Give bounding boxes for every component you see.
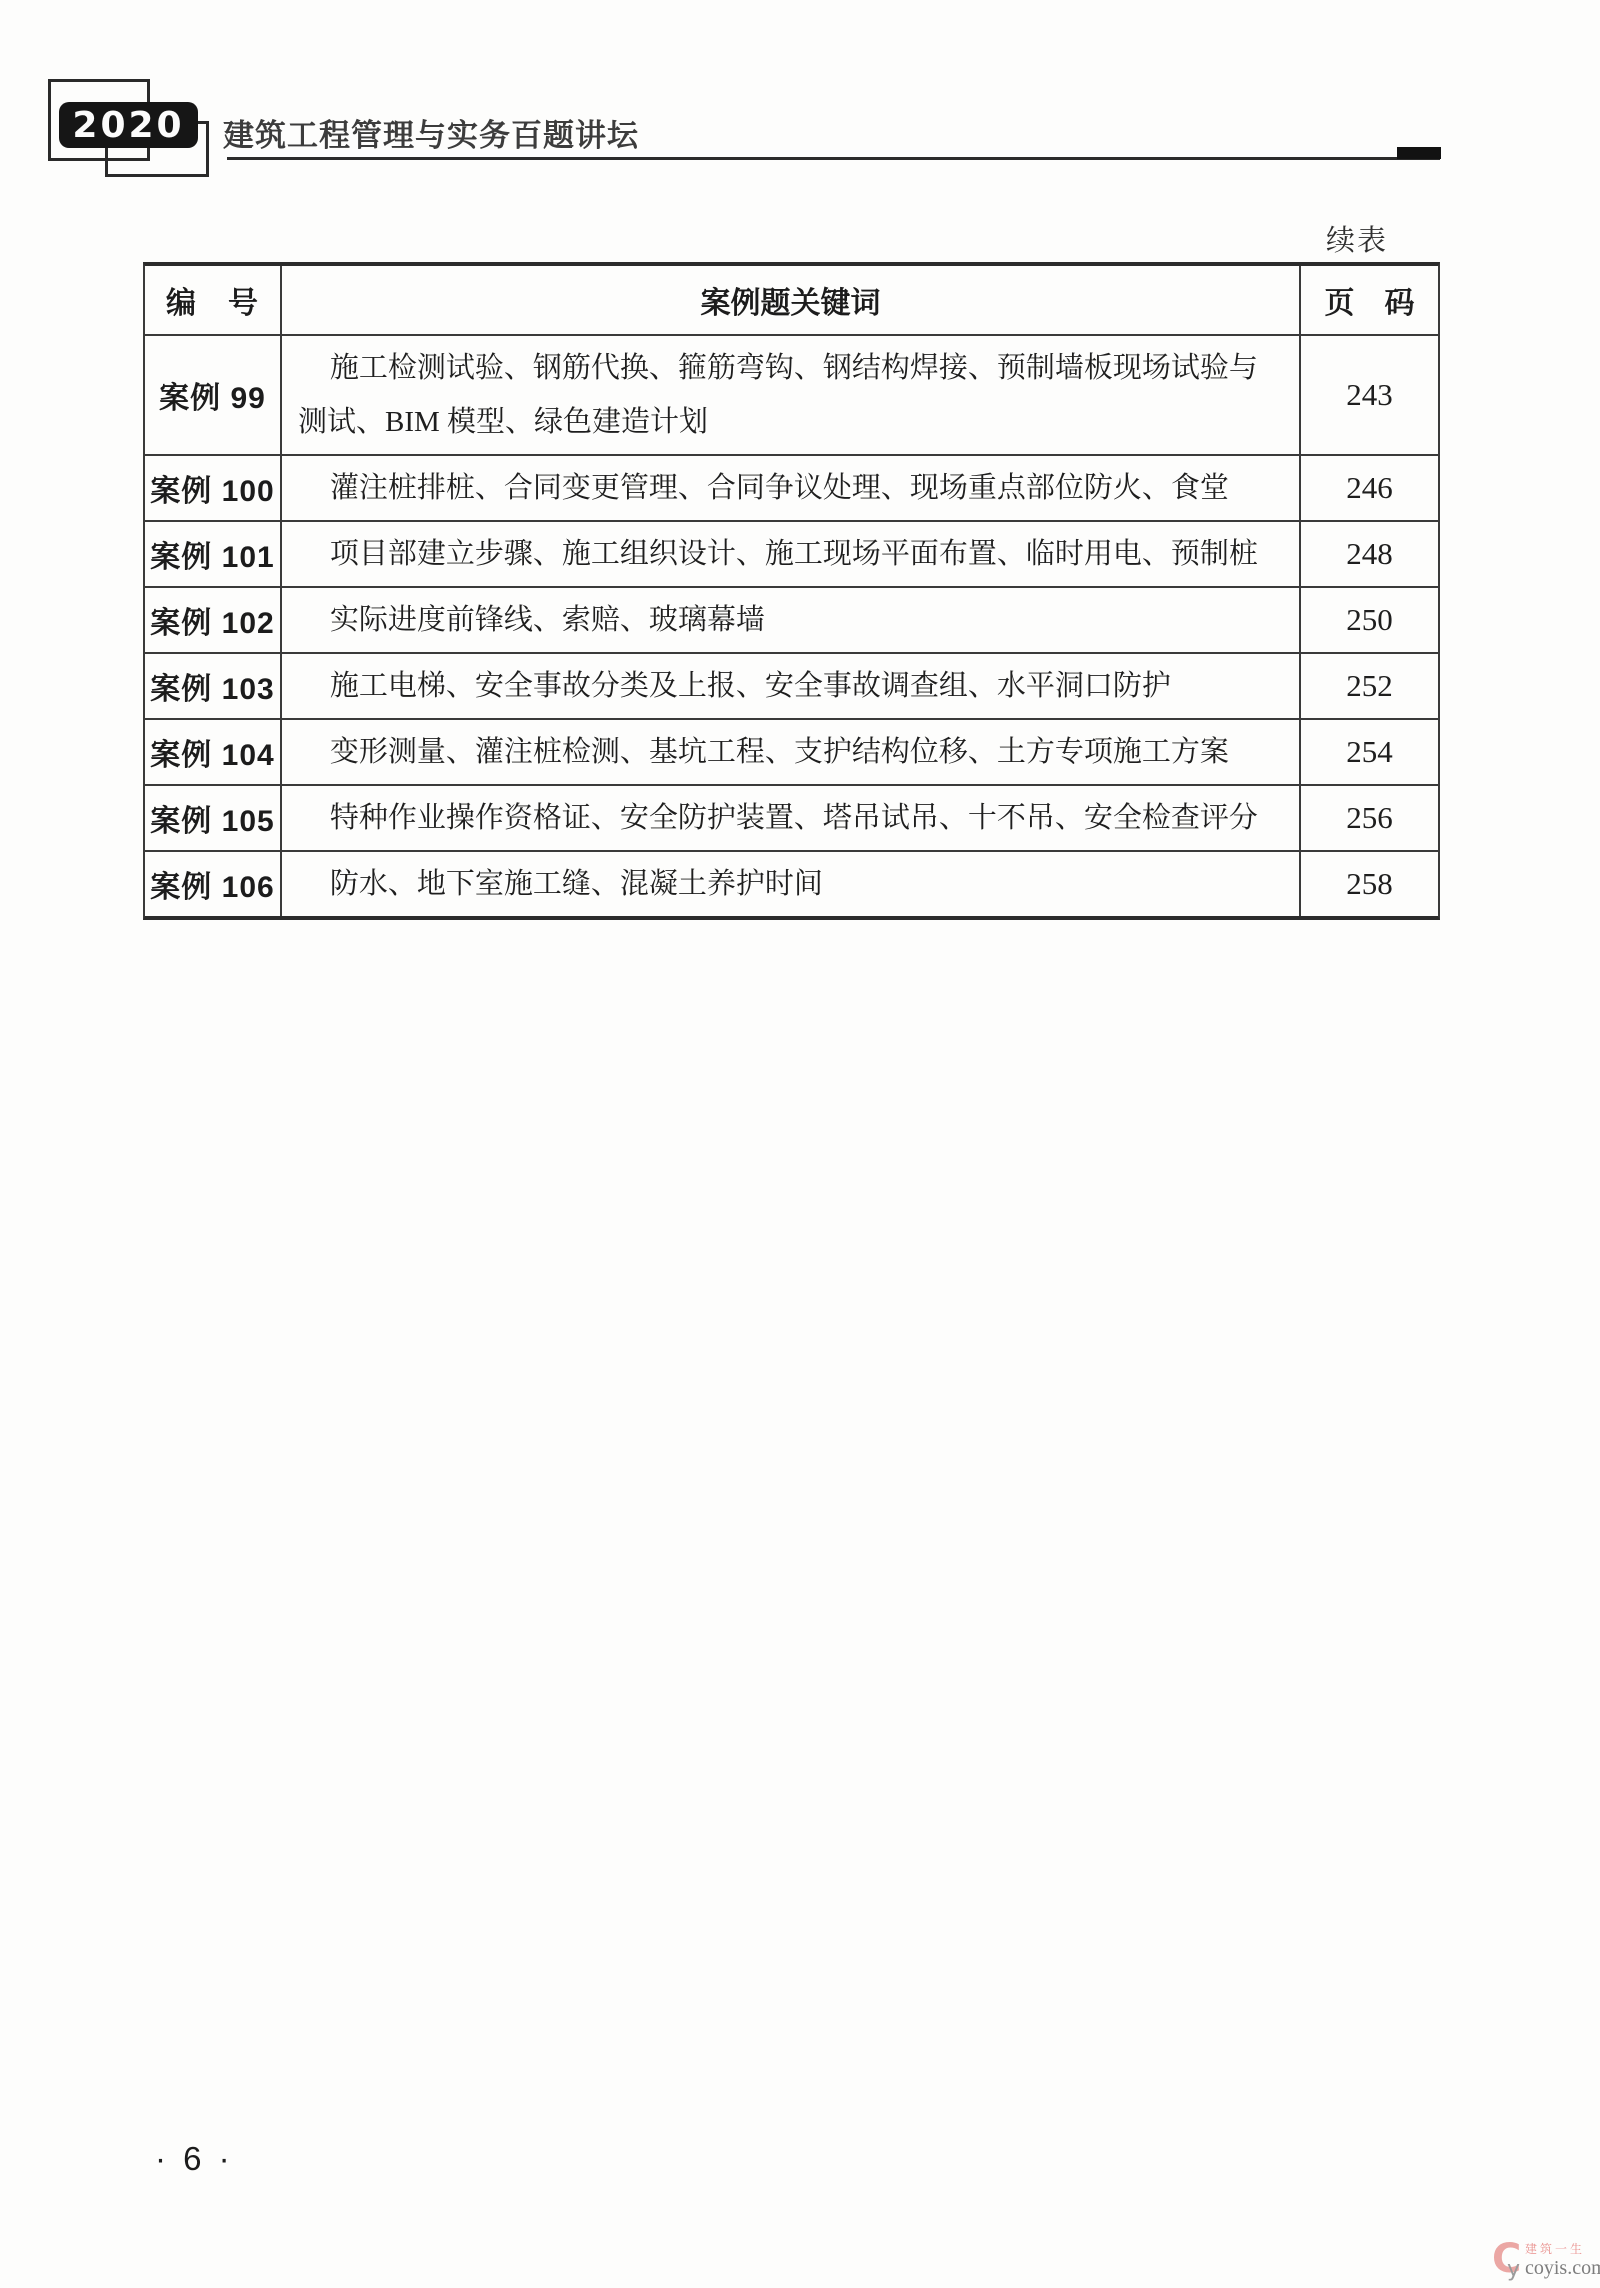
watermark-brand: 建筑一生 — [1525, 2240, 1600, 2257]
table-row: 案例 102 实际进度前锋线、索赔、玻璃幕墙 250 — [145, 586, 1438, 652]
continued-table-note: 续表 — [1326, 218, 1388, 259]
case-keywords-cell: 施工电梯、安全事故分类及上报、安全事故调查组、水平洞口防护 — [282, 654, 1301, 718]
table-row: 案例 101 项目部建立步骤、施工组织设计、施工现场平面布置、临时用电、预制桩 … — [145, 520, 1438, 586]
case-id: 案例 106 — [145, 852, 282, 916]
case-id: 案例 103 — [145, 654, 282, 718]
site-watermark: C y 建筑一生 coyis.com — [1492, 2239, 1596, 2285]
case-keywords-cell: 项目部建立步骤、施工组织设计、施工现场平面布置、临时用电、预制桩 — [282, 522, 1301, 586]
case-id: 案例 105 — [145, 786, 282, 850]
case-keywords-cell: 变形测量、灌注桩检测、基坑工程、支护结构位移、土方专项施工方案 — [282, 720, 1301, 784]
table-row: 案例 106 防水、地下室施工缝、混凝土养护时间 258 — [145, 850, 1438, 916]
header-rule-end-tab — [1397, 147, 1441, 159]
table-row: 案例 105 特种作业操作资格证、安全防护装置、塔吊试吊、十不吊、安全检查评分 … — [145, 784, 1438, 850]
case-keywords: 实际进度前锋线、索赔、玻璃幕墙 — [298, 593, 1283, 647]
case-keywords: 灌注桩排桩、合同变更管理、合同争议处理、现场重点部位防火、食堂 — [298, 461, 1283, 515]
case-id: 案例 99 — [145, 336, 282, 454]
case-keywords-cell: 施工检测试验、钢筋代换、箍筋弯钩、钢结构焊接、预制墙板现场试验与测试、BIM 模… — [282, 336, 1301, 454]
case-keywords: 防水、地下室施工缝、混凝土养护时间 — [298, 857, 1283, 911]
column-header-keywords-label: 案例题关键词 — [701, 278, 881, 322]
case-id: 案例 104 — [145, 720, 282, 784]
case-page: 254 — [1301, 720, 1438, 784]
table-header-row: 编 号 案例题关键词 页 码 — [145, 266, 1438, 334]
column-header-keywords: 案例题关键词 — [282, 266, 1301, 334]
table-row: 案例 100 灌注桩排桩、合同变更管理、合同争议处理、现场重点部位防火、食堂 2… — [145, 454, 1438, 520]
header-rule — [227, 157, 1440, 160]
case-keywords-cell: 灌注桩排桩、合同变更管理、合同争议处理、现场重点部位防火、食堂 — [282, 456, 1301, 520]
case-keywords: 施工检测试验、钢筋代换、箍筋弯钩、钢结构焊接、预制墙板现场试验与测试、BIM 模… — [298, 341, 1283, 449]
case-id: 案例 102 — [145, 588, 282, 652]
case-index-table: 编 号 案例题关键词 页 码 案例 99 施工检测试验、钢筋代换、箍筋弯钩、钢结… — [143, 262, 1440, 920]
case-keywords: 变形测量、灌注桩检测、基坑工程、支护结构位移、土方专项施工方案 — [298, 725, 1283, 779]
table-row: 案例 103 施工电梯、安全事故分类及上报、安全事故调查组、水平洞口防护 252 — [145, 652, 1438, 718]
case-id: 案例 101 — [145, 522, 282, 586]
case-keywords-cell: 防水、地下室施工缝、混凝土养护时间 — [282, 852, 1301, 916]
case-keywords-cell: 实际进度前锋线、索赔、玻璃幕墙 — [282, 588, 1301, 652]
scanned-book-page: 2020 建筑工程管理与实务百题讲坛 续表 编 号 案例题关键词 页 码 案例 … — [0, 0, 1600, 2288]
watermark-logo-y: y — [1507, 2259, 1520, 2281]
column-header-id: 编 号 — [145, 266, 282, 334]
year-badge: 2020 — [59, 102, 198, 148]
table-row: 案例 99 施工检测试验、钢筋代换、箍筋弯钩、钢结构焊接、预制墙板现场试验与测试… — [145, 334, 1438, 454]
book-title: 建筑工程管理与实务百题讲坛 — [223, 110, 639, 155]
year-logo: 2020 — [48, 79, 218, 184]
case-page: 252 — [1301, 654, 1438, 718]
table-row: 案例 104 变形测量、灌注桩检测、基坑工程、支护结构位移、土方专项施工方案 2… — [145, 718, 1438, 784]
page-number: · 6 · — [155, 2140, 234, 2178]
watermark-site: coyis.com — [1525, 2258, 1600, 2278]
case-page: 246 — [1301, 456, 1438, 520]
case-keywords-cell: 特种作业操作资格证、安全防护装置、塔吊试吊、十不吊、安全检查评分 — [282, 786, 1301, 850]
case-page: 243 — [1301, 336, 1438, 454]
watermark-text: 建筑一生 coyis.com — [1525, 2240, 1600, 2278]
case-keywords: 特种作业操作资格证、安全防护装置、塔吊试吊、十不吊、安全检查评分 — [298, 791, 1283, 845]
case-id: 案例 100 — [145, 456, 282, 520]
case-page: 258 — [1301, 852, 1438, 916]
case-keywords: 项目部建立步骤、施工组织设计、施工现场平面布置、临时用电、预制桩 — [298, 527, 1283, 581]
case-page: 256 — [1301, 786, 1438, 850]
case-page: 250 — [1301, 588, 1438, 652]
case-keywords: 施工电梯、安全事故分类及上报、安全事故调查组、水平洞口防护 — [298, 659, 1283, 713]
column-header-page: 页 码 — [1301, 266, 1438, 334]
case-page: 248 — [1301, 522, 1438, 586]
